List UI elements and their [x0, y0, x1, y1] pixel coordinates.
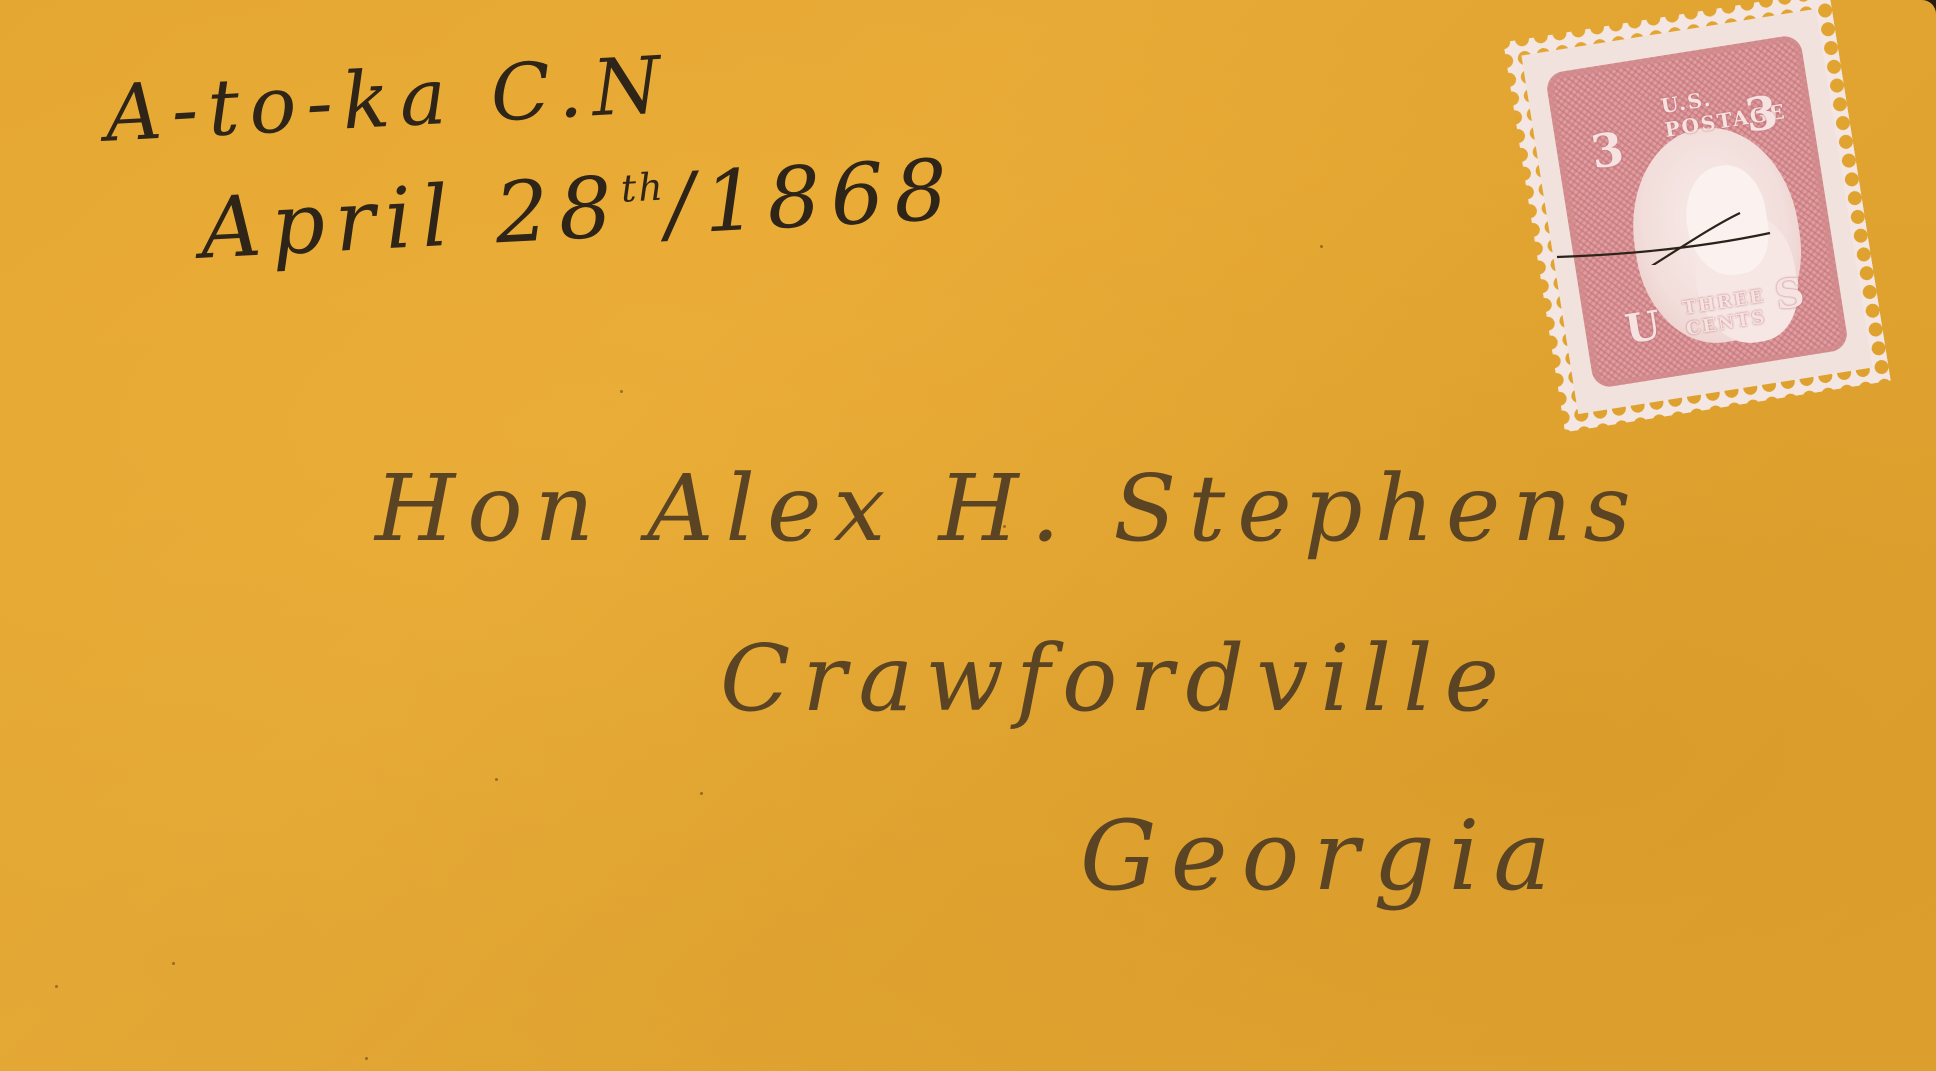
paper-speck — [620, 390, 623, 393]
stamp-top-label: U.S. POSTAGE — [1659, 71, 1813, 142]
date-suffix: th — [620, 165, 666, 211]
stamp-denomination-left: 3 — [1587, 121, 1627, 179]
pen-cancel-icon — [1555, 205, 1815, 265]
recipient-state: Georgia — [1080, 800, 1565, 912]
stamp-corner-u: U — [1622, 301, 1664, 353]
date-month: April — [198, 166, 461, 277]
return-address-date: April 28th/1868 — [198, 140, 960, 278]
recipient-city: Crawfordville — [720, 625, 1511, 732]
date-year: /1868 — [663, 140, 960, 253]
envelope: A-to-ka C.N April 28th/1868 Hon Alex H. … — [0, 0, 1936, 1071]
return-address-line1: A-to-ka C.N — [103, 40, 673, 159]
paper-speck — [172, 962, 175, 965]
recipient-name: Hon Alex H. Stephens — [375, 455, 1643, 562]
paper-speck — [55, 985, 58, 988]
date-day: 28 — [493, 158, 625, 263]
paper-speck — [495, 778, 498, 781]
paper-speck — [1320, 245, 1323, 248]
paper-speck — [365, 1057, 368, 1060]
paper-speck — [700, 792, 703, 795]
